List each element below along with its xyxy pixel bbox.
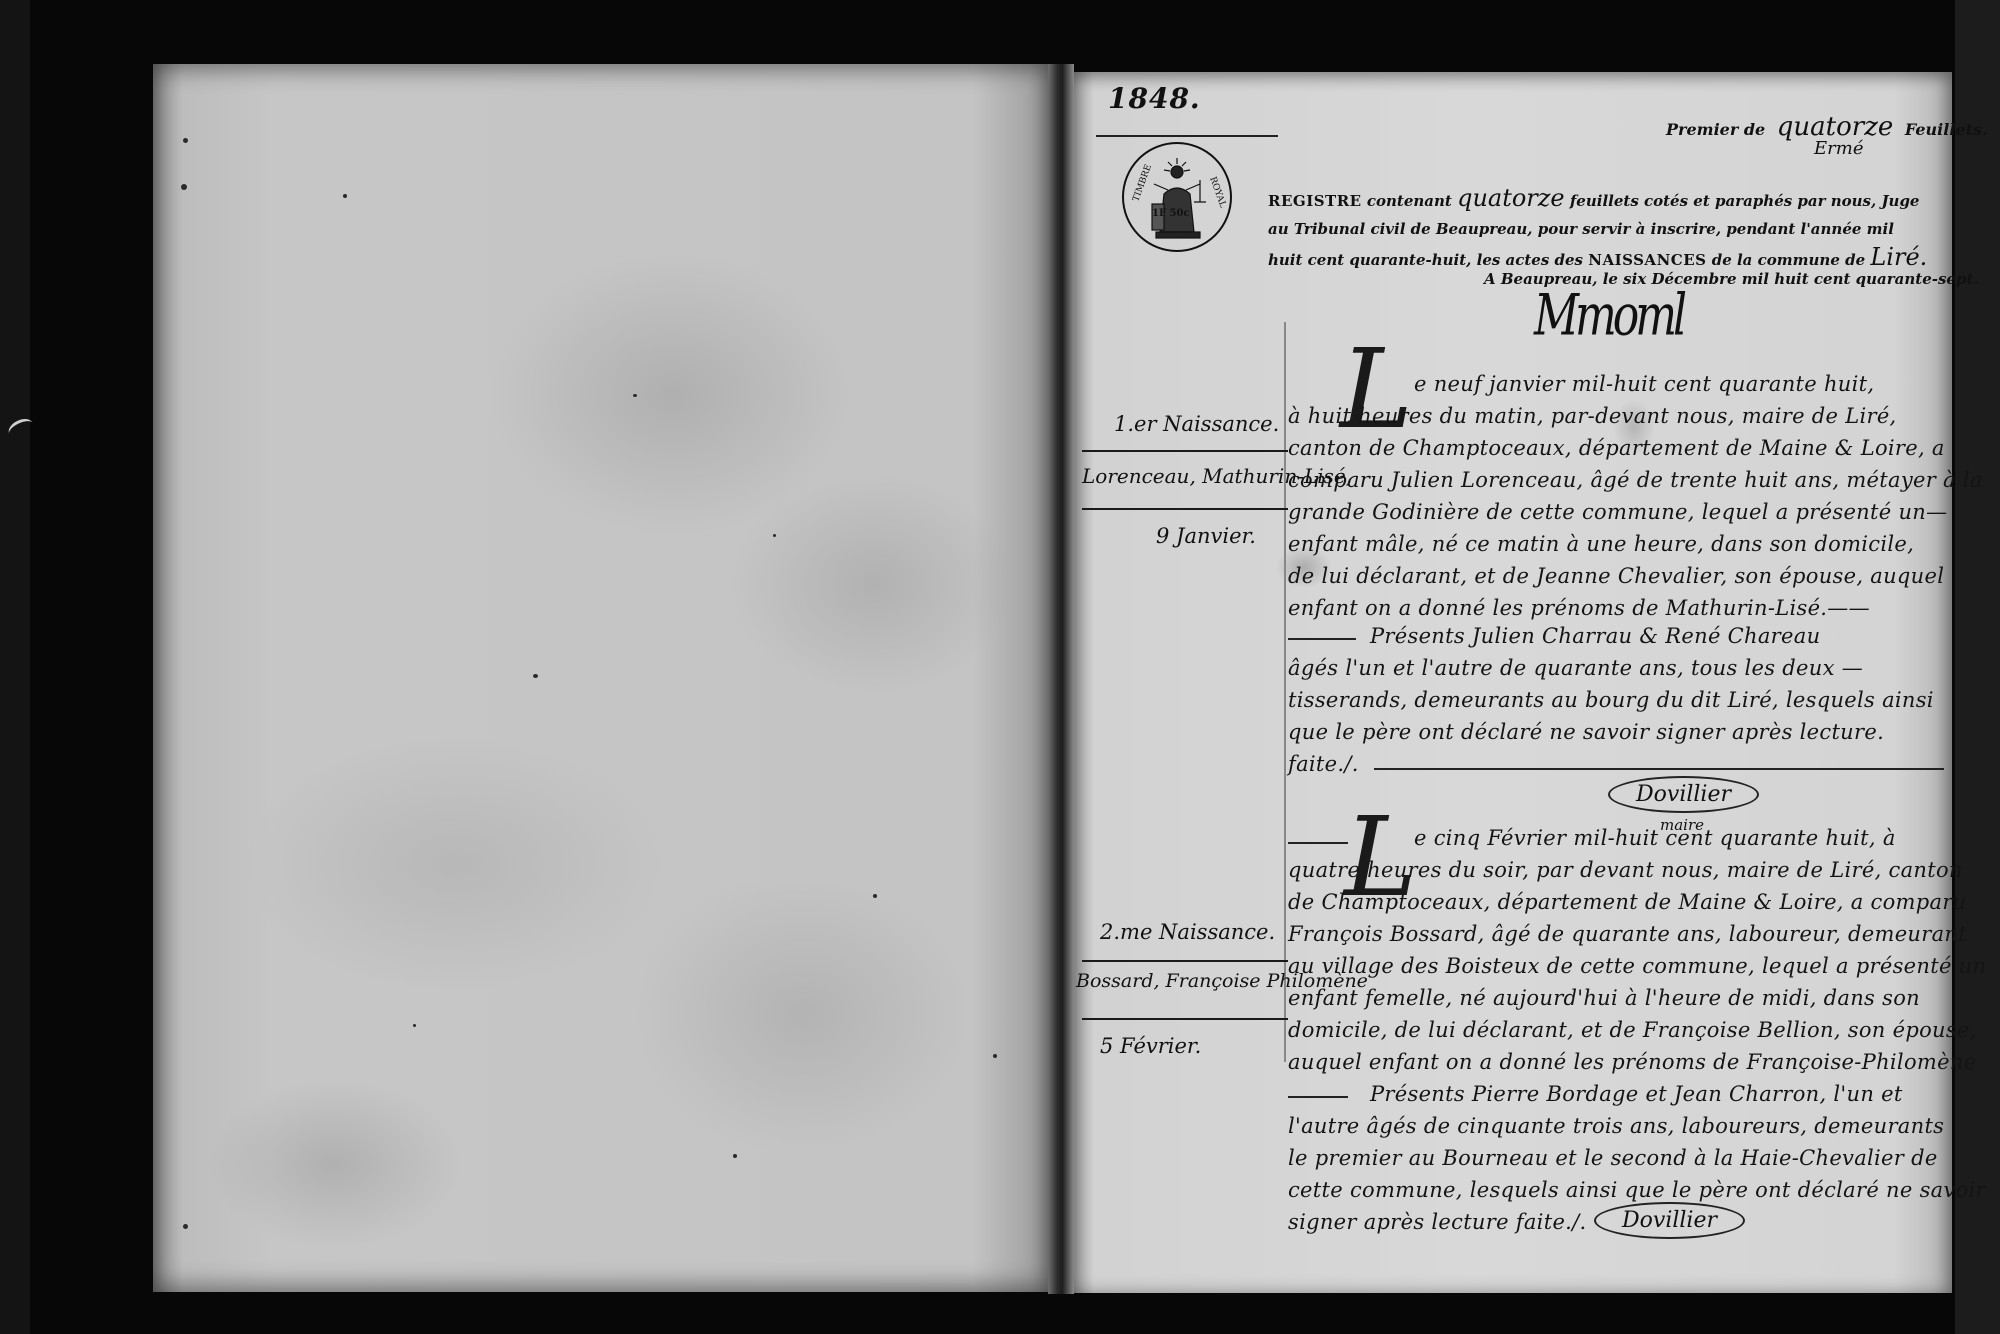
entry-2-line-13: signer après lecture faite./. [1288, 1210, 1587, 1234]
seated-justice-icon: TIMBRE ROYAL [1124, 144, 1230, 250]
entry-1-mayor-signature: Dovillier [1608, 776, 1759, 813]
register-year: 1848. [1108, 82, 1201, 115]
entry-1-line-9: Présents Julien Charrau & René Chareau [1370, 624, 1820, 648]
registre-text-1: contenant [1367, 192, 1452, 210]
entry-2-line-9: Présents Pierre Bordage et Jean Charron,… [1370, 1082, 1903, 1106]
entry-1-line-6: enfant mâle, né ce matin à une heure, da… [1288, 532, 1914, 556]
margin-rule [1082, 1018, 1288, 1020]
entry-1-line-10: âgés l'un et l'autre de quarante ans, to… [1288, 656, 1863, 680]
entry-1-date: 9 Janvier. [1156, 524, 1256, 548]
entry-2-line-1: e cinq Février mil-huit cent quarante hu… [1414, 826, 1896, 850]
entry-2-line-3: de Champtoceaux, département de Maine & … [1288, 890, 1966, 914]
margin-rule [1082, 960, 1288, 962]
commune-name-handwritten: Liré. [1870, 243, 1927, 271]
margin-rule [1082, 450, 1288, 452]
naissances-label: NAISSANCES [1588, 251, 1706, 269]
entry-1-line-8: enfant on a donné les prénoms de Mathuri… [1288, 596, 1870, 620]
entry-2-number: 2.me Naissance. [1100, 920, 1275, 944]
judge-signature: Mmoml [1534, 282, 1683, 348]
premier-suffix: Feuillets. [1905, 120, 1988, 139]
stamp-value: 1F 50c [1152, 208, 1190, 219]
paragraph-dash [1288, 1096, 1348, 1098]
book-spine [1048, 64, 1074, 1294]
registre-count-handwritten: quatorze [1457, 184, 1565, 212]
paraphe-signature: Ermé [1814, 138, 1863, 159]
entry-1-line-12: que le père ont déclaré ne savoir signer… [1288, 720, 1884, 744]
entry-2-line-8: auquel enfant on a donné les prénoms de … [1288, 1050, 1976, 1074]
entry-2-line-6: enfant femelle, né aujourd'hui à l'heure… [1288, 986, 1920, 1010]
right-page-register: 1848. TIMBRE ROYAL 1F 50c Premier de qua… [1074, 72, 1952, 1293]
ink-speck [533, 674, 538, 678]
entry-1-line-13: faite./. [1288, 752, 1359, 776]
entry-1-line-3: canton de Champtoceaux, département de M… [1288, 436, 1945, 460]
entry-2-line-7: domicile, de lui déclarant, et de Franço… [1288, 1018, 1977, 1042]
svg-text:TIMBRE: TIMBRE [1131, 163, 1154, 203]
svg-text:ROYAL: ROYAL [1207, 176, 1227, 209]
ink-speck [873, 894, 877, 898]
entry-2-line-11: le premier au Bourneau et le second à la… [1288, 1146, 1938, 1170]
entry-1-line-11: tisserands, demeurants au bourg du dit L… [1288, 688, 1934, 712]
commune-text: de la commune de [1712, 251, 1865, 269]
ink-speck [413, 1024, 416, 1027]
ink-speck [633, 394, 637, 397]
ink-speck [733, 1154, 737, 1158]
registre-header-text: REGISTRE contenant quatorze feuillets co… [1268, 184, 1928, 274]
film-border-right [1955, 0, 2000, 1334]
year-underline [1096, 135, 1278, 137]
entry-1-line-4: comparu Julien Lorenceau, âgé de trente … [1288, 468, 1983, 492]
ink-speck [183, 1224, 188, 1229]
left-page-blank [153, 64, 1048, 1292]
paragraph-dash [1288, 842, 1348, 844]
entry-1-line-1: e neuf janvier mil-huit cent quarante hu… [1414, 372, 1874, 396]
entry-1-line-2: à huit heures du matin, par-devant nous,… [1288, 404, 1897, 428]
paragraph-dash [1288, 638, 1356, 640]
entry-end-rule [1374, 768, 1944, 770]
entry-1-number: 1.er Naissance. [1114, 412, 1279, 436]
ink-speck [993, 1054, 997, 1058]
premier-prefix: Premier de [1666, 120, 1765, 139]
entry-2-mayor-signature: Dovillier [1594, 1202, 1745, 1239]
ink-speck [773, 534, 776, 537]
film-border-left [0, 0, 30, 1334]
entry-2-date: 5 Février. [1100, 1034, 1201, 1058]
registre-label: REGISTRE [1268, 192, 1362, 210]
timbre-royal-stamp: TIMBRE ROYAL 1F 50c [1122, 142, 1232, 252]
entry-2-line-12: cette commune, lesquels ainsi que le pèr… [1288, 1178, 1986, 1202]
margin-rule [1082, 508, 1288, 510]
entry-2-line-10: l'autre âgés de cinquante trois ans, lab… [1288, 1114, 1944, 1138]
ink-speck [343, 194, 347, 198]
ink-speck [181, 184, 187, 190]
entry-2-line-5: au village des Boisteux de cette commune… [1288, 954, 1986, 978]
entry-1-line-7: de lui déclarant, et de Jeanne Chevalier… [1288, 564, 1944, 588]
margin-column-divider [1284, 322, 1286, 1062]
entry-2-line-4: François Bossard, âgé de quarante ans, l… [1288, 922, 1967, 946]
ink-speck [183, 138, 188, 143]
entry-2-line-2: quatre heures du soir, par devant nous, … [1288, 858, 1963, 882]
entry-1-line-5: grande Godinière de cette commune, leque… [1288, 500, 1947, 524]
